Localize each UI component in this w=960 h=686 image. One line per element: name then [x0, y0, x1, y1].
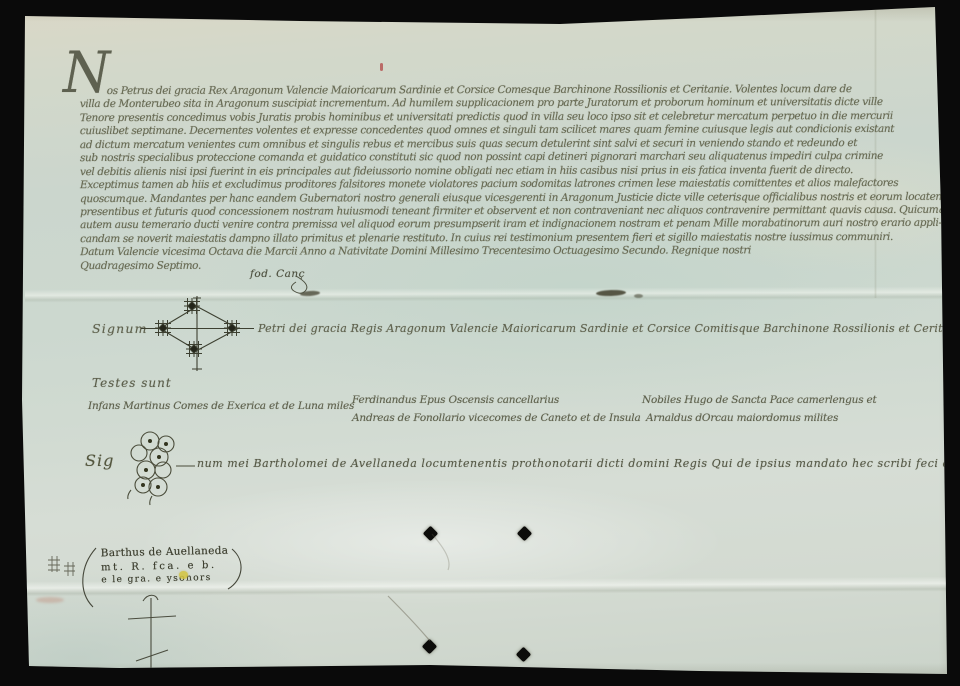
red-ink-speck	[380, 63, 383, 71]
ink-smudge	[634, 294, 643, 298]
seal-slit-hole	[517, 526, 533, 542]
signum-mini-cross	[224, 320, 240, 336]
manuscript-photo: N os Petrus dei gracia Rex Aragonum Vale…	[0, 0, 960, 686]
witness-name: Ferdinandus Epus Oscensis cancellarius	[352, 394, 559, 406]
royal-signum-cross	[141, 296, 254, 371]
wax-spot	[179, 571, 188, 579]
horizontal-fold-crease-upper	[25, 286, 946, 302]
signum-word: Signum	[92, 321, 148, 336]
registration-note-line: mt. R. fca. e b.	[101, 560, 229, 574]
signum-mini-cross	[155, 320, 171, 336]
charter-text-block: os Petrus dei gracia Rex Aragonum Valenc…	[80, 83, 908, 273]
witness-name: Arnaldus dOrcau maiordomus milites	[646, 412, 838, 424]
seal-slit-hole	[422, 639, 438, 655]
parchment-sheet: N os Petrus dei gracia Rex Aragonum Vale…	[0, 0, 960, 686]
notarial-sign	[128, 432, 195, 505]
notary-sig-word: Sig	[85, 451, 114, 470]
registration-note: Barthus de Auellaneda mt. R. fca. e b. e…	[101, 545, 229, 586]
signum-line-text: Petri dei gracia Regis Aragonum Valencie…	[258, 322, 960, 335]
registration-cross	[128, 595, 176, 668]
manuscript-line: Quadragesimo Septimo.	[80, 258, 908, 274]
seal-slit-hole	[423, 526, 439, 542]
registration-note-line: Barthus de Auellaneda	[101, 545, 229, 560]
margin-sigla-scribble	[48, 556, 75, 576]
seal-slit-hole	[516, 647, 532, 663]
red-stain	[36, 597, 64, 603]
witness-name: Andreas de Fonollario vicecomes de Canet…	[352, 412, 641, 424]
witness-name: Infans Martinus Comes de Exerica et de L…	[88, 400, 354, 412]
chancery-signature: fod. Canç	[250, 268, 305, 280]
signum-mini-cross	[186, 341, 202, 357]
notary-line-text: num mei Bartholomei de Avellaneda locumt…	[197, 457, 960, 470]
witness-name: Nobiles Hugo de Sancta Pace camerlengus …	[642, 394, 877, 406]
witnesses-heading: Testes sunt	[92, 376, 172, 390]
